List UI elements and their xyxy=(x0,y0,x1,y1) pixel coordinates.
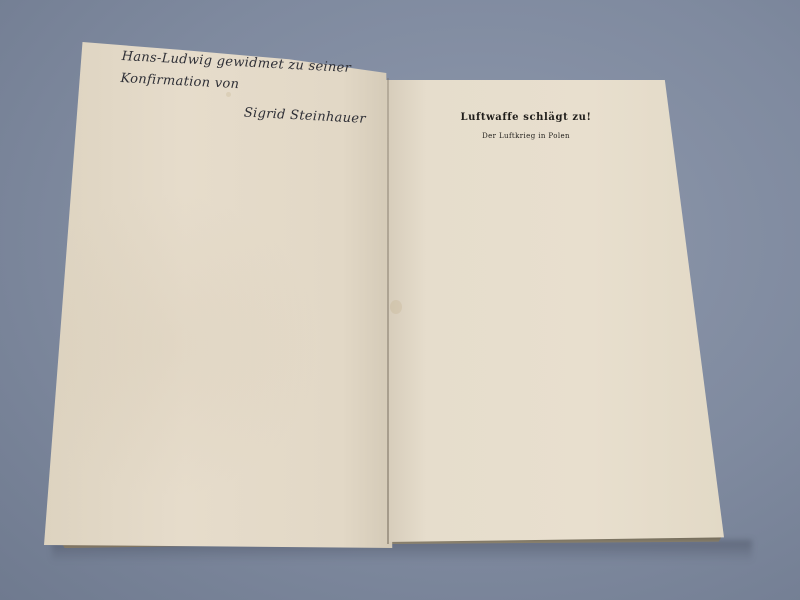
book-subtitle: Der Luftkrieg in Polen xyxy=(386,132,666,140)
book-gutter xyxy=(387,78,389,544)
handwritten-inscription: Hans-Ludwig gewidmet zu seiner Konfirmat… xyxy=(122,50,382,64)
photo-scene: Hans-Ludwig gewidmet zu seiner Konfirmat… xyxy=(0,0,800,600)
paper-stain xyxy=(390,300,402,314)
paper-stain xyxy=(226,92,231,97)
right-page xyxy=(386,80,724,542)
book-title: Luftwaffe schlägt zu! xyxy=(386,112,666,123)
title-page-text: Luftwaffe schlägt zu! Der Luftkrieg in P… xyxy=(386,112,666,140)
